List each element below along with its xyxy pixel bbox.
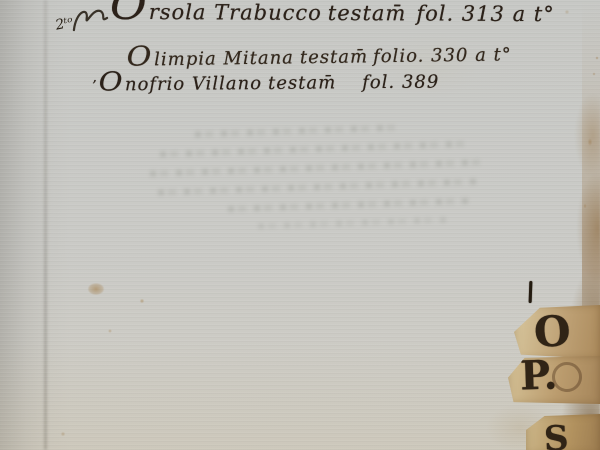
entry-name: rsola Trabucco — [149, 0, 322, 25]
manuscript-page-photo: 2ᵗᵒ O rsola Trabucco testam̄ fol. 313 a … — [0, 0, 600, 450]
index-tab-o: O — [514, 305, 600, 359]
entry-name: limpia Mitana — [154, 47, 294, 70]
show-through-text-line — [228, 198, 468, 212]
flourish-icon — [66, 1, 113, 37]
entry-lead-mark: ’ — [92, 78, 98, 94]
entry-term: testam̄ — [268, 72, 336, 94]
entry-folio-reference: fol. 313 a t° — [416, 1, 554, 26]
entry-initial: O — [126, 46, 152, 69]
entry-term: testam̄ — [328, 1, 407, 25]
show-through-text-line — [150, 159, 480, 177]
entry-initial: O — [98, 71, 123, 93]
ink-tick-mark — [529, 281, 533, 303]
show-through-text-line — [195, 125, 395, 138]
index-entry: ’ O nofrio Villano testam̄ fol. 389 — [92, 68, 439, 95]
show-through-text-line — [158, 178, 478, 195]
index-entry: O rsola Trabucco testam̄ fol. 313 a t° — [110, 0, 555, 26]
entry-term: testam̄ — [300, 46, 368, 68]
entry-folio-reference: fol. 389 — [362, 71, 439, 93]
tab-letter: O — [533, 310, 572, 354]
index-entry: O limpia Mitana testam̄ folio. 330 a t° — [126, 41, 512, 70]
entry-name: nofrio Villano — [125, 73, 262, 95]
paper-aging-tint — [0, 340, 600, 450]
entry-folio-reference: folio. 330 a t° — [373, 44, 512, 67]
show-through-text-line — [258, 217, 448, 230]
tab-letter: S — [543, 422, 569, 450]
show-through-text-line — [160, 141, 470, 158]
entry-initial: O — [110, 0, 148, 23]
